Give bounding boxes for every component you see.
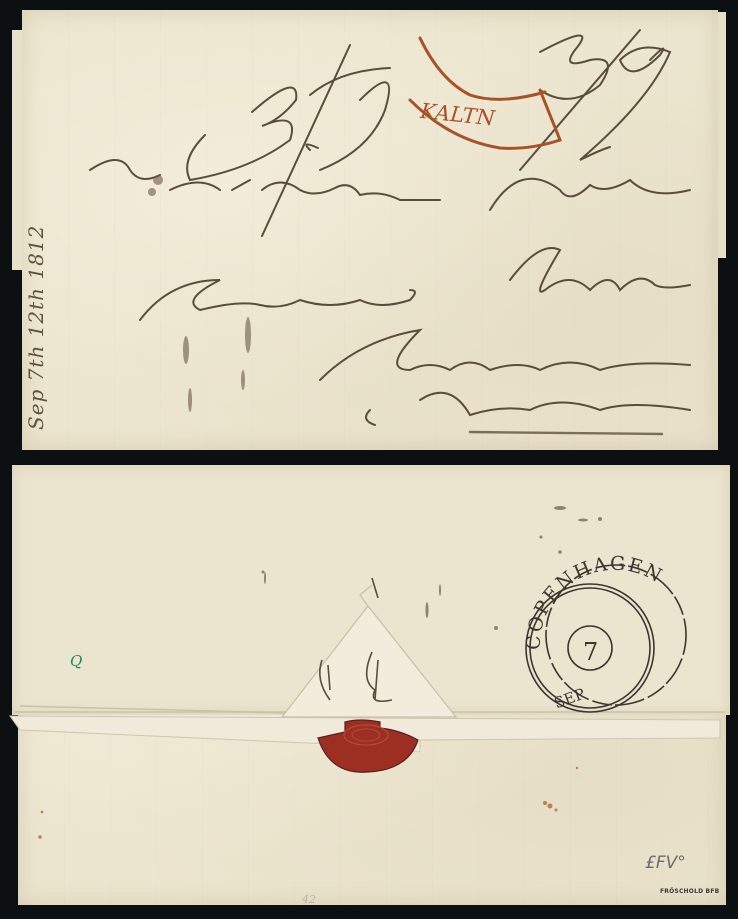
pencil-price-code: £FV° [645,853,686,873]
green-pencil-mark: Q [70,652,82,670]
back-detail-layer: 7 COPENHAGEN SEP [0,0,738,919]
postmark-day: 7 [583,638,598,666]
postmark-outer-text: COPENHAGEN [523,553,668,651]
foxing-spots [38,767,578,839]
dealer-handstamp: FRÖSCHOLD BFB [660,888,719,895]
pencil-number: 42 [302,893,316,906]
